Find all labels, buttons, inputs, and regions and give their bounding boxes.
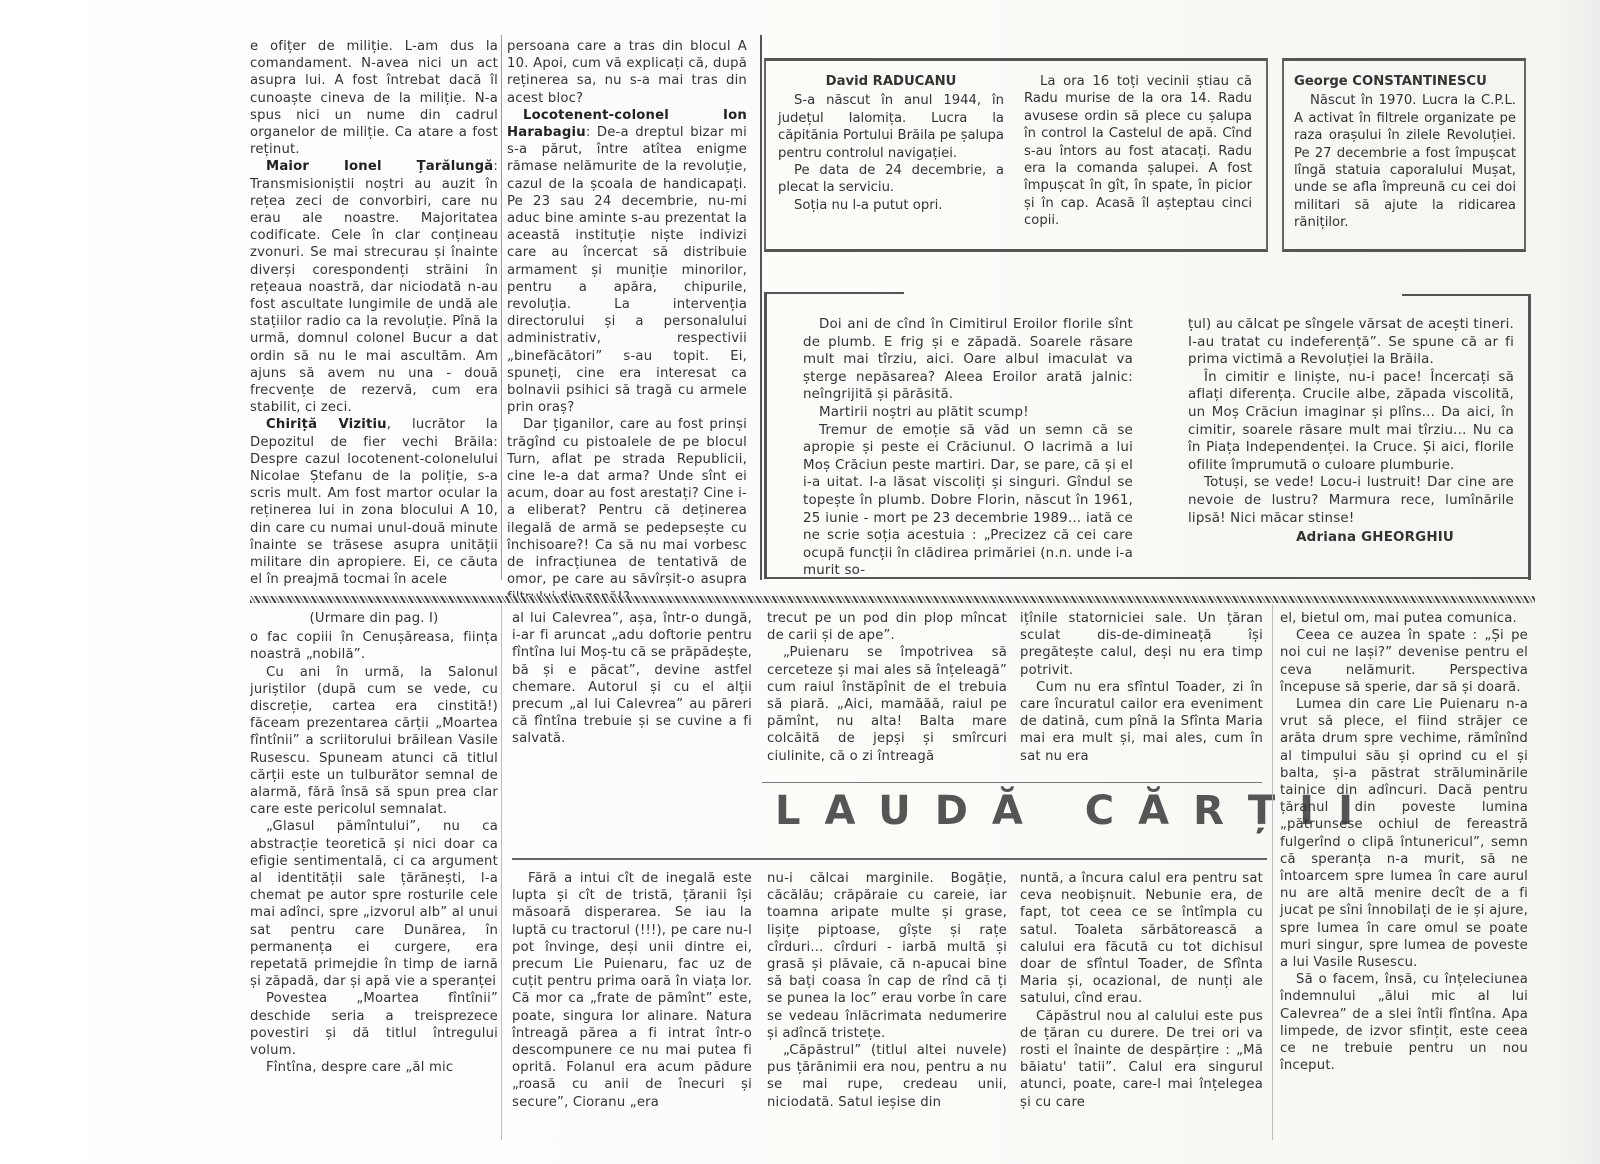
paragraph: Dar țiganilor, care au fost prinși trăgî…: [507, 416, 747, 605]
paragraph: Martirii noștri au plătit scump!: [803, 404, 1133, 422]
paragraph-text: Pe data de 24 decembrie, a plecat la ser…: [778, 163, 1004, 195]
paragraph: o fac copiii în Cenușăreasa, ființa noas…: [250, 629, 498, 663]
paragraph-text: : Transmisioniștii noștri au auzit în re…: [250, 159, 498, 415]
box-left-rule: [764, 292, 767, 578]
headline-bottom-rule: [512, 858, 1267, 860]
article-author: Adriana GHEORGHIU: [1188, 529, 1514, 547]
paragraph-text: Povestea „Moartea fîntînii” deschide ser…: [250, 991, 498, 1058]
paragraph-text: ițînile statorniciei sale. Un țăran scul…: [1020, 611, 1263, 678]
paragraph: Tremur de emoție să văd un semn că se ap…: [803, 422, 1133, 580]
paragraph-text: Soția nu l-a putut opri.: [794, 198, 943, 213]
cemetery-article-left: Doi ani de cînd în Cimitirul Eroilor flo…: [803, 316, 1133, 580]
book-review-column-2-top: al lui Calevrea”, așa, într-o dungă, i-a…: [512, 610, 752, 748]
paragraph: „Căpăstrul” (titlul altei nuvele) pus ță…: [767, 1042, 1007, 1111]
paragraph-text: : De-a dreptul bizar mi s-a părut, între…: [507, 125, 747, 415]
paragraph-text: e ofițer de miliție. L-am dus la comanda…: [250, 39, 498, 157]
paragraph-text: În cimitir e liniște, nu-i pace! Încerca…: [1188, 370, 1514, 473]
paragraph-text: Cum nu era sfîntul Toader, zi în care în…: [1020, 680, 1263, 764]
interview-column-1: e ofițer de miliție. L-am dus la comanda…: [250, 38, 498, 589]
victim-box-george-constantinescu: George CONSTANTINESCU Născut în 1970. Lu…: [1282, 58, 1526, 252]
paragraph-text: S-a născut în anul 1944, în județul Ialo…: [778, 93, 1004, 160]
paragraph: Doi ani de cînd în Cimitirul Eroilor flo…: [803, 316, 1133, 404]
paragraph: ițînile statorniciei sale. Un țăran scul…: [1020, 610, 1263, 679]
victim-box-david-raducanu: David RADUCANU S-a născut în anul 1944, …: [764, 58, 1268, 252]
paragraph-text: persoana care a tras din blocul A 10. Ap…: [507, 39, 747, 106]
paragraph: Ceea ce auzea în spate : „Și pe noi cui …: [1280, 627, 1528, 696]
paragraph: Povestea „Moartea fîntînii” deschide ser…: [250, 990, 498, 1059]
paragraph-text: Fîntîna, despre care „ăl mic: [266, 1060, 453, 1075]
victim-name: David RADUCANU: [778, 73, 1004, 90]
paragraph-text: Născut în 1970. Lucra la C.P.L. A activa…: [1294, 93, 1516, 230]
paragraph: Chiriță Vizitiu, lucrător la Depozitul d…: [250, 416, 498, 588]
paragraph-text: , lucrător la Depozitul de fier vechi Br…: [250, 417, 498, 587]
paragraph: Totuși, se vede! Locu-i lustruit! Dar ci…: [1188, 474, 1514, 527]
book-review-column-1: (Urmare din pag. I) o fac copiii în Cenu…: [250, 610, 498, 1076]
paragraph-text: Dar țiganilor, care au fost prinși trăgî…: [507, 417, 747, 604]
paragraph-text: Doi ani de cînd în Cimitirul Eroilor flo…: [803, 317, 1133, 402]
paragraph: Locotenent-colonel Ion Harabagiu: De-a d…: [507, 107, 747, 417]
paragraph: Maior Ionel Țarălungă: Transmisioniștii …: [250, 158, 498, 416]
paragraph-text: o fac copiii în Cenușăreasa, ființa noas…: [250, 630, 498, 662]
paragraph: Fîntîna, despre care „ăl mic: [250, 1059, 498, 1076]
book-review-column-5: el, bietul om, mai putea comunica.Ceea c…: [1280, 610, 1528, 1074]
column-divider: [501, 35, 502, 580]
paragraph: e ofițer de miliție. L-am dus la comanda…: [250, 38, 498, 158]
paragraph: Născut în 1970. Lucra la C.P.L. A activa…: [1294, 92, 1516, 231]
paragraph: persoana care a tras din blocul A 10. Ap…: [507, 38, 747, 107]
paragraph: Pe data de 24 decembrie, a plecat la ser…: [778, 162, 1004, 197]
victim-box-right-column: La ora 16 toți vecinii știau că Radu mur…: [1024, 73, 1252, 230]
paragraph: trecut pe un pod din plop mîncat de cari…: [767, 610, 1007, 644]
victim-name: George CONSTANTINESCU: [1294, 73, 1516, 90]
book-review-column-3-bottom: nu-i călcai marginile. Bogăție, căcălău;…: [767, 870, 1007, 1111]
book-review-column-4-bottom: nuntă, a încura calul era pentru sat cev…: [1020, 870, 1263, 1111]
box-right-rule: [1528, 294, 1531, 580]
speaker-name: Maior Ionel Țarălungă: [266, 159, 493, 174]
paragraph-text: Totuși, se vede! Locu-i lustruit! Dar ci…: [1188, 475, 1514, 525]
paragraph: Soția nu l-a putut opri.: [778, 197, 1004, 214]
paragraph: S-a născut în anul 1944, în județul Ialo…: [778, 92, 1004, 162]
paragraph: Cum nu era sfîntul Toader, zi în care în…: [1020, 679, 1263, 765]
book-review-column-2-bottom: Fără a intui cît de inegală este lupta ș…: [512, 870, 752, 1111]
speaker-name: Chiriță Vizitiu: [266, 417, 387, 432]
paragraph: „Puienaru se împotrivea să cerceteze și …: [767, 644, 1007, 764]
paragraph: el, bietul om, mai putea comunica.: [1280, 610, 1528, 627]
paragraph-text: „Glasul pămîntului”, nu ca abstracție te…: [250, 819, 498, 989]
paragraph-text: Lumea din care Lie Puienaru n-a vrut să …: [1280, 697, 1528, 970]
paragraph-text: Ceea ce auzea în spate : „Și pe noi cui …: [1280, 628, 1528, 695]
paragraph-text: Martirii noștri au plătit scump!: [819, 405, 1029, 420]
paragraph: „Glasul pămîntului”, nu ca abstracție te…: [250, 818, 498, 990]
paragraph: Căpăstrul nou al calului este pus de țăr…: [1020, 1008, 1263, 1111]
book-review-column-3-top: trecut pe un pod din plop mîncat de cari…: [767, 610, 1007, 765]
continued-from-label: (Urmare din pag. I): [250, 610, 498, 627]
paragraph-text: nuntă, a încura calul era pentru sat cev…: [1020, 871, 1263, 1006]
paragraph-text: țul) au călcat pe sîngele vărsat de aceș…: [1188, 317, 1514, 367]
paragraph-text: Cu ani în urmă, la Salonul juriștilor (d…: [250, 665, 498, 818]
interview-column-2: persoana care a tras din blocul A 10. Ap…: [507, 38, 747, 606]
paragraph-text: al lui Calevrea”, așa, într-o dungă, i-a…: [512, 611, 752, 746]
paragraph: țul) au călcat pe sîngele vărsat de aceș…: [1188, 316, 1514, 369]
cemetery-article-right: țul) au călcat pe sîngele vărsat de aceș…: [1188, 316, 1514, 547]
box-top-rule-left: [764, 292, 904, 294]
paragraph: nuntă, a încura calul era pentru sat cev…: [1020, 870, 1263, 1008]
column-divider: [760, 35, 762, 580]
paragraph: nu-i călcai marginile. Bogăție, căcălău;…: [767, 870, 1007, 1042]
scan-edge-shadow: [1560, 0, 1600, 1164]
paragraph: Cu ani în urmă, la Salonul juriștilor (d…: [250, 664, 498, 819]
paragraph: al lui Calevrea”, așa, într-o dungă, i-a…: [512, 610, 752, 748]
paragraph-text: Fără a intui cît de inegală este lupta ș…: [512, 871, 752, 1110]
paragraph: Lumea din care Lie Puienaru n-a vrut să …: [1280, 696, 1528, 971]
paragraph-text: „Puienaru se împotrivea să cerceteze și …: [767, 645, 1007, 763]
paragraph-text: La ora 16 toți vecinii știau că Radu mur…: [1024, 74, 1252, 228]
book-review-column-4-top: ițînile statorniciei sale. Un țăran scul…: [1020, 610, 1263, 765]
paragraph-text: „Căpăstrul” (titlul altei nuvele) pus ță…: [767, 1043, 1007, 1110]
paragraph-text: Căpăstrul nou al calului este pus de țăr…: [1020, 1009, 1263, 1110]
paragraph-text: el, bietul om, mai putea comunica.: [1280, 611, 1517, 626]
column-divider: [501, 605, 502, 1140]
paragraph: Să o facem, însă, cu înțeleciunea îndemn…: [1280, 971, 1528, 1074]
headline-lauda-cartii: LAUDĂ CĂRȚII: [775, 788, 1255, 834]
paragraph-text: Să o facem, însă, cu înțeleciunea îndemn…: [1280, 972, 1528, 1073]
box-top-rule-right: [1402, 294, 1530, 296]
victim-box-column: George CONSTANTINESCU Născut în 1970. Lu…: [1294, 73, 1516, 232]
victim-box-left-column: David RADUCANU S-a născut în anul 1944, …: [778, 73, 1004, 214]
paragraph-text: Tremur de emoție să văd un semn că se ap…: [803, 423, 1133, 579]
paragraph: Fără a intui cît de inegală este lupta ș…: [512, 870, 752, 1111]
paragraph: La ora 16 toți vecinii știau că Radu mur…: [1024, 73, 1252, 230]
ornamental-divider: [250, 596, 1535, 603]
headline-top-rule: [762, 782, 1262, 783]
paragraph: În cimitir e liniște, nu-i pace! Încerca…: [1188, 369, 1514, 475]
paragraph-text: trecut pe un pod din plop mîncat de cari…: [767, 611, 1007, 643]
scanned-newspaper-page: e ofițer de miliție. L-am dus la comanda…: [0, 0, 1600, 1164]
paragraph-text: nu-i călcai marginile. Bogăție, căcălău;…: [767, 871, 1007, 1041]
column-divider: [1272, 605, 1273, 1140]
